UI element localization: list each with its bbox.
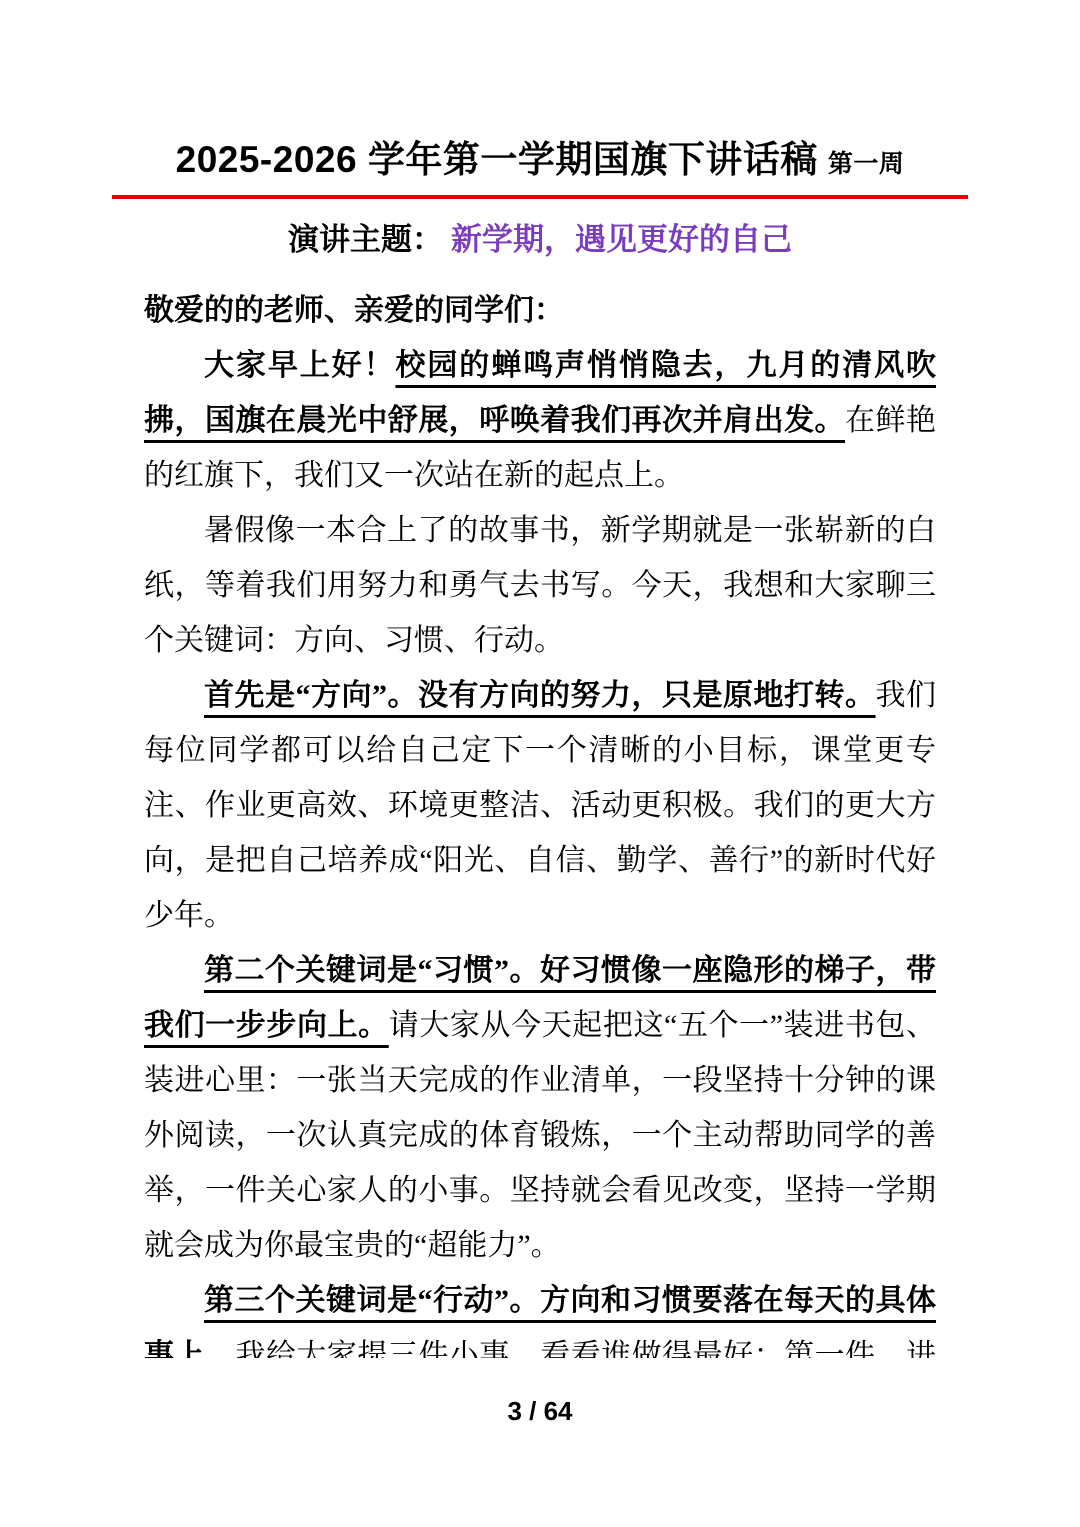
speech-paragraph: 首先是“方向”。没有方向的努力，只是原地打转。我们每位同学都可以给自己定下一个清… [144, 668, 936, 943]
text-run: 暑假像一本合上了的故事书，新学期就是一张崭新的白纸，等着我们用努力和勇气去书写。… [144, 514, 936, 657]
text-run: 敬爱的的老师、亲爱的同学们： [144, 294, 564, 327]
document-header: 2025-2026 学年第一学期国旗下讲话稿第一周 [0, 0, 1080, 199]
title-divider [112, 195, 968, 199]
speech-body: 敬爱的的老师、亲爱的同学们：大家早上好！校园的蝉鸣声悄悄隐去，九月的清风吹拂，国… [144, 283, 936, 1358]
page-number: 3 / 64 [0, 1396, 1080, 1427]
speech-theme: 演讲主题：新学期，遇见更好的自己 [0, 214, 1080, 259]
title-text: 2025-2026 学年第一学期国旗下讲话稿 [176, 139, 818, 180]
text-run: 我们每位同学都可以给自己定下一个清晰的小目标，课堂更专注、作业更高效、环境更整洁… [144, 679, 936, 932]
theme-value: 新学期，遇见更好的自己 [451, 222, 792, 257]
speech-paragraph: 第二个关键词是“习惯”。好习惯像一座隐形的梯子，带我们一步步向上。请大家从今天起… [144, 943, 936, 1273]
document-page: 2025-2026 学年第一学期国旗下讲话稿第一周 演讲主题：新学期，遇见更好的… [0, 0, 1080, 1527]
speech-paragraph: 暑假像一本合上了的故事书，新学期就是一张崭新的白纸，等着我们用努力和勇气去书写。… [144, 503, 936, 668]
text-run: 请大家从今天起把这“五个一”装进书包、装进心里：一张当天完成的作业清单，一段坚持… [144, 1009, 936, 1262]
speech-paragraph: 敬爱的的老师、亲爱的同学们： [144, 283, 936, 338]
speech-paragraph: 第三个关键词是“行动”。方向和习惯要落在每天的具体事上。我给大家提三件小事，看看… [144, 1273, 936, 1358]
text-run: 首先是“方向”。没有方向的努力，只是原地打转。 [204, 679, 876, 712]
theme-label: 演讲主题： [288, 222, 443, 257]
week-label: 第一周 [828, 150, 905, 178]
text-run: 大家早上好！ [204, 349, 395, 382]
text-run: 我给大家提三件小事，看看谁做得最好：第一件，进校“三 [144, 1339, 936, 1358]
page-title: 2025-2026 学年第一学期国旗下讲话稿第一周 [0, 138, 1080, 182]
speech-paragraph: 大家早上好！校园的蝉鸣声悄悄隐去，九月的清风吹拂，国旗在晨光中舒展，呼唤着我们再… [144, 338, 936, 503]
